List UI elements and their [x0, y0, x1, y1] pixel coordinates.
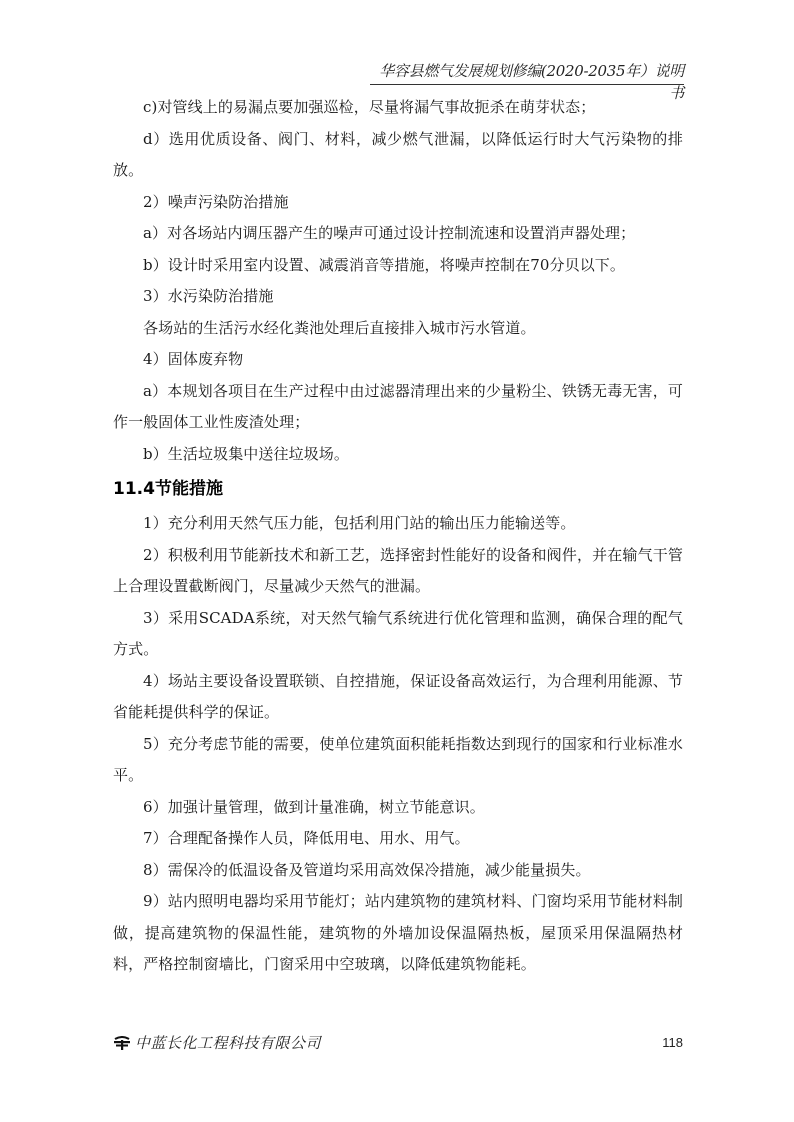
company-logo-icon — [113, 1035, 131, 1049]
subsection-title: 2）噪声污染防治措施 — [113, 187, 683, 219]
list-item: 1）充分利用天然气压力能，包括利用门站的输出压力能输送等。 — [113, 508, 683, 540]
list-item: 4）场站主要设备设置联锁、自控措施，保证设备高效运行，为合理利用能源、节省能耗提… — [113, 666, 683, 729]
list-item: 3）采用SCADA系统，对天然气输气系统进行优化管理和监测，确保合理的配气方式。 — [113, 603, 683, 666]
list-item: 2）积极利用节能新技术和新工艺，选择密封性能好的设备和阀件，并在输气干管上合理设… — [113, 540, 683, 603]
paragraph: a）本规划各项目在生产过程中由过滤器清理出来的少量粉尘、铁锈无毒无害，可作一般固… — [113, 376, 683, 439]
list-item: 5）充分考虑节能的需要，使单位建筑面积能耗指数达到现行的国家和行业标准水平。 — [113, 729, 683, 792]
list-item: 8）需保冷的低温设备及管道均采用高效保冷措施，减少能量损失。 — [113, 855, 683, 887]
page-footer: 中蓝长化工程科技有限公司 118 — [113, 1030, 683, 1054]
paragraph: a）对各场站内调压器产生的噪声可通过设计控制流速和设置消声器处理； — [113, 218, 683, 250]
subsection-title: 3）水污染防治措施 — [113, 281, 683, 313]
list-item: 7）合理配备操作人员，降低用电、用水、用气。 — [113, 823, 683, 855]
list-item: 9）站内照明电器均采用节能灯；站内建筑物的建筑材料、门窗均采用节能材料制做，提高… — [113, 886, 683, 981]
paragraph: 各场站的生活污水经化粪池处理后直接排入城市污水管道。 — [113, 313, 683, 345]
paragraph: b）生活垃圾集中送往垃圾场。 — [113, 439, 683, 471]
list-item: 6）加强计量管理，做到计量准确，树立节能意识。 — [113, 792, 683, 824]
paragraph: b）设计时采用室内设置、减震消音等措施，将噪声控制在70分贝以下。 — [113, 250, 683, 282]
company-name: 中蓝长化工程科技有限公司 — [135, 1032, 321, 1053]
page-body: c)对管线上的易漏点要加强巡检，尽量将漏气事故扼杀在萌芽状态； d）选用优质设备… — [113, 92, 683, 981]
paragraph: c)对管线上的易漏点要加强巡检，尽量将漏气事故扼杀在萌芽状态； — [113, 92, 683, 124]
subsection-title: 4）固体废弃物 — [113, 344, 683, 376]
section-heading: 11.4节能措施 — [113, 472, 683, 506]
page-number: 118 — [662, 1035, 683, 1050]
footer-company: 中蓝长化工程科技有限公司 — [113, 1032, 321, 1053]
paragraph: d）选用优质设备、阀门、材料，减少燃气泄漏，以降低运行时大气污染物的排放。 — [113, 124, 683, 187]
page-header: 华容县燃气发展规划修编(2020-2035年）说明书 — [370, 60, 684, 85]
